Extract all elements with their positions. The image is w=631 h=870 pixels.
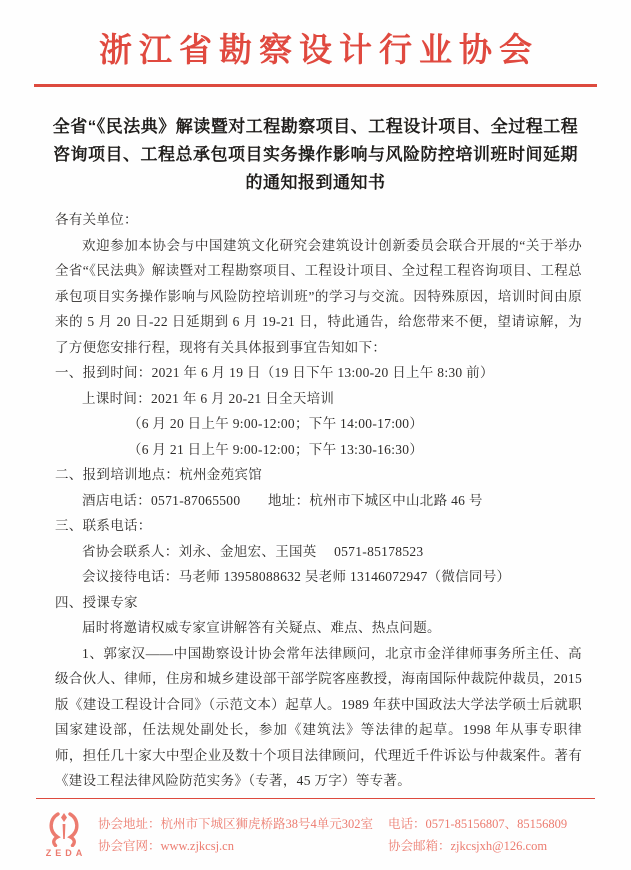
venue-line: 二、报到培训地点：杭州金苑宾馆 [55, 462, 582, 488]
salutation: 各有关单位： [55, 207, 582, 233]
experts-intro-line: 届时将邀请权威专家宣讲解答有关疑点、难点、热点问题。 [55, 615, 582, 641]
association-website: 协会官网：www.zjkcsj.cn [98, 835, 388, 857]
association-logo: ZEDA [38, 811, 90, 858]
association-email: 协会邮箱：zjkcsjxh@126.com [388, 835, 595, 857]
footer-content: ZEDA 协会地址：杭州市下城区狮虎桥路38号4单元302室 协会官网：www.… [0, 807, 631, 858]
intro-paragraph: 欢迎参加本协会与中国建筑文化研究会建筑设计创新委员会联合开展的“关于举办全省“《… [55, 233, 582, 361]
footer-right-column: 电话：0571-85156807、85156809 协会邮箱：zjkcsjxh@… [388, 813, 595, 857]
contact-heading-line: 三、联系电话： [55, 513, 582, 539]
logo-text: ZEDA [42, 848, 87, 858]
report-time-line: 一、报到时间：2021 年 6 月 19 日（19 日下午 13:00-20 日… [55, 360, 582, 386]
class-time-line: 上课时间：2021 年 6 月 20-21 日全天培训 [55, 386, 582, 412]
association-contacts-line: 省协会联系人：刘永、金旭宏、王国英 0571-85178523 [55, 539, 582, 565]
document-title: 全省“《民法典》解读暨对工程勘察项目、工程设计项目、全过程工程咨询项目、工程总承… [45, 113, 586, 197]
letterhead-divider [34, 84, 597, 87]
document-page: 浙江省勘察设计行业协会 全省“《民法典》解读暨对工程勘察项目、工程设计项目、全过… [0, 0, 631, 870]
schedule-day2-line: （6 月 21 日上午 9:00-12:00；下午 13:30-16:30） [55, 437, 582, 463]
reception-contacts-line: 会议接待电话：马老师 13958088632 吴老师 13146072947（微… [55, 564, 582, 590]
experts-heading-line: 四、授课专家 [55, 590, 582, 616]
association-phone: 电话：0571-85156807、85156809 [388, 813, 595, 835]
expert-bio-paragraph: 1、郭家汉——中国勘察设计协会常年法律顾问，北京市金洋律师事务所主任、高级合伙人… [55, 641, 582, 794]
association-address: 协会地址：杭州市下城区狮虎桥路38号4单元302室 [98, 813, 388, 835]
document-body: 各有关单位： 欢迎参加本协会与中国建筑文化研究会建筑设计创新委员会联合开展的“关… [55, 207, 582, 794]
hotel-contact-line: 酒店电话：0571-87065500 地址：杭州市下城区中山北路 46 号 [55, 488, 582, 514]
schedule-day1-line: （6 月 20 日上午 9:00-12:00；下午 14:00-17:00） [55, 411, 582, 437]
footer: ZEDA 协会地址：杭州市下城区狮虎桥路38号4单元302室 协会官网：www.… [0, 798, 631, 858]
footer-divider [36, 798, 595, 799]
zeda-logo-icon [45, 811, 83, 847]
footer-columns: 协会地址：杭州市下城区狮虎桥路38号4单元302室 协会官网：www.zjkcs… [98, 813, 595, 857]
org-name-heading: 浙江省勘察设计行业协会 [0, 30, 631, 72]
letterhead: 浙江省勘察设计行业协会 [0, 0, 631, 87]
footer-left-column: 协会地址：杭州市下城区狮虎桥路38号4单元302室 协会官网：www.zjkcs… [98, 813, 388, 857]
